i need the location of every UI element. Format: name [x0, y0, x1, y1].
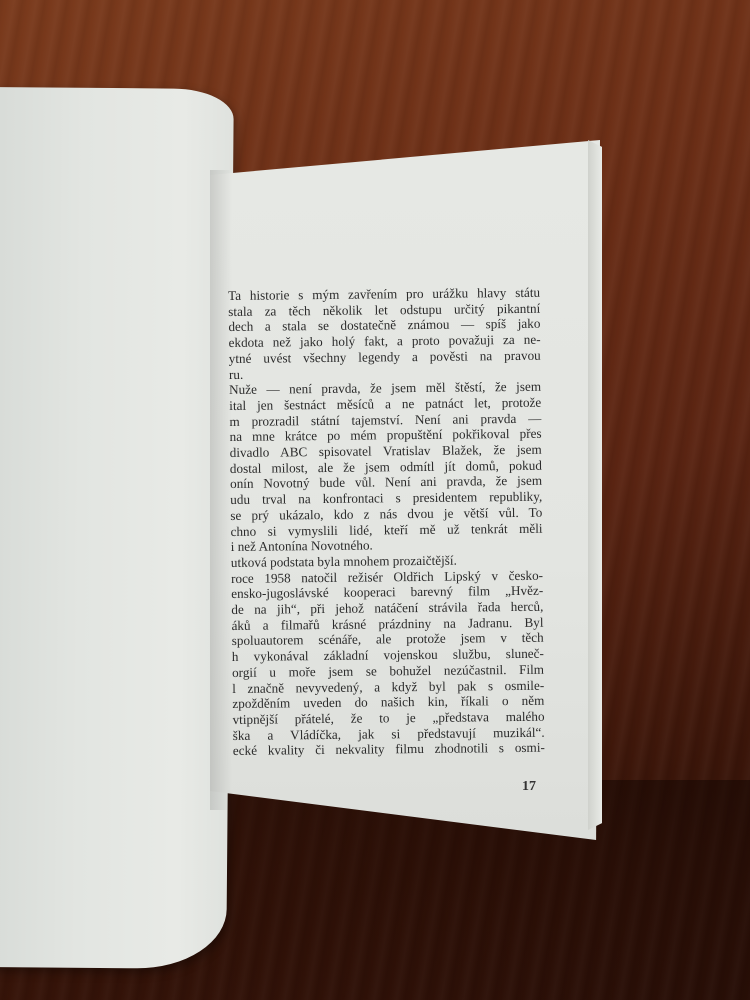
text-line: ecké kvality či nekvality filmu zhodnoti… [233, 740, 545, 759]
page-text: Ta historie s mým zavřením pro urážku hl… [228, 285, 545, 759]
text-line: ytné uvést všechny legendy a pověsti na … [229, 348, 541, 367]
left-page-curled [0, 87, 234, 969]
spine-shadow [210, 170, 232, 810]
right-page-edge [588, 140, 602, 830]
page-number: 17 [522, 779, 536, 795]
